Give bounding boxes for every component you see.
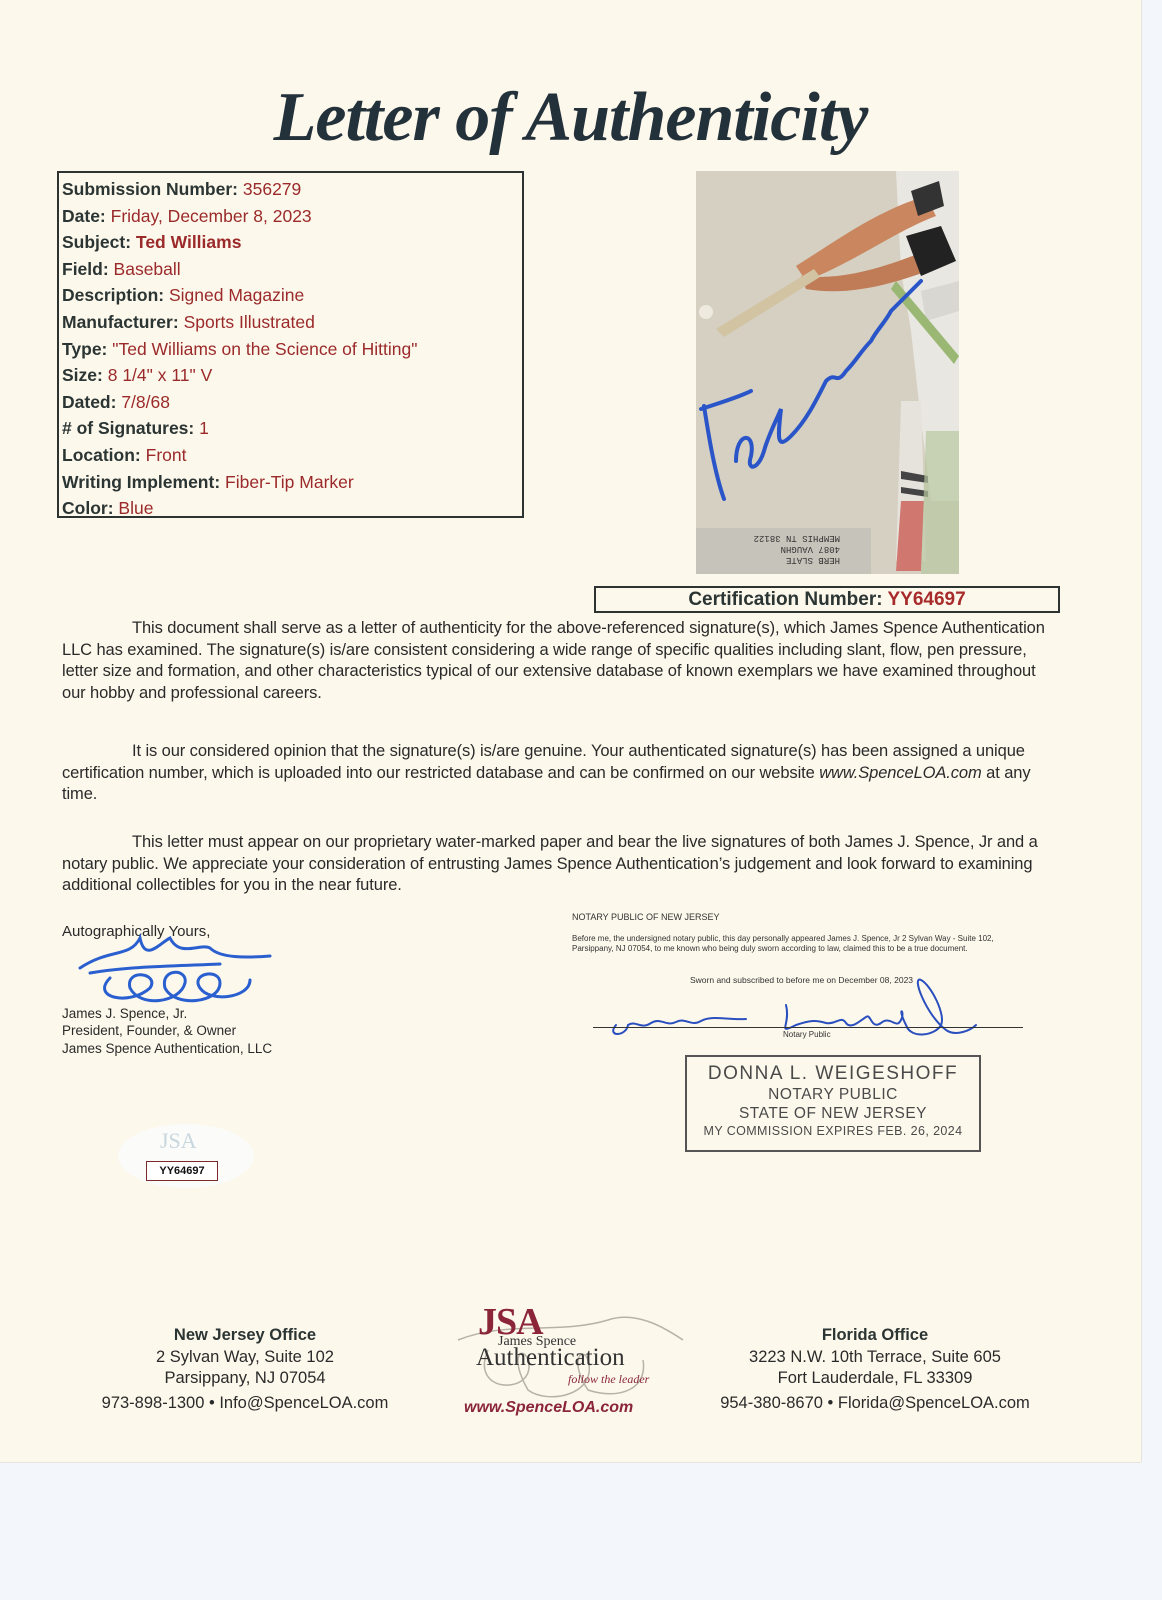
notary-name: DONNA L. WEIGESHOFF xyxy=(687,1063,979,1085)
document-title: Letter of Authenticity xyxy=(0,78,1141,158)
detail-label: Description: xyxy=(62,285,164,305)
detail-row: Size: 8 1/4" x 11" V xyxy=(62,362,522,389)
notary-public-label: Notary Public xyxy=(783,1030,831,1039)
certification-label: Certification Number: xyxy=(688,589,882,610)
detail-label: Writing Implement: xyxy=(62,472,220,492)
detail-label: Subject: xyxy=(62,232,131,252)
certification-number: YY64697 xyxy=(888,589,966,610)
stamp-line: NOTARY PUBLIC xyxy=(687,1085,979,1104)
detail-row: Subject: Ted Williams xyxy=(62,229,522,256)
signer-block: James J. Spence, Jr. President, Founder,… xyxy=(62,1005,272,1057)
detail-label: Field: xyxy=(62,259,109,279)
detail-value: Fiber-Tip Marker xyxy=(225,472,354,492)
detail-row: Writing Implement: Fiber-Tip Marker xyxy=(62,469,522,496)
signer-role: President, Founder, & Owner xyxy=(62,1022,272,1039)
office-heading: New Jersey Office xyxy=(60,1325,430,1347)
ted-williams-batting-image: HERB SLATE 4087 VAUGHN MEMPHIS TN 38122 xyxy=(696,171,959,574)
detail-value: Friday, December 8, 2023 xyxy=(111,206,312,226)
detail-value: Baseball xyxy=(114,259,181,279)
new-jersey-office: New Jersey Office 2 Sylvan Way, Suite 10… xyxy=(60,1325,430,1414)
office-contact: 954-380-8670 • Florida@SpenceLOA.com xyxy=(690,1393,1060,1415)
hologram-jsa-mark: JSA xyxy=(160,1128,197,1154)
body-paragraph-1: This document shall serve as a letter of… xyxy=(62,618,1052,704)
detail-label: Manufacturer: xyxy=(62,312,179,332)
notary-signature-line xyxy=(593,1027,1023,1028)
detail-row: Manufacturer: Sports Illustrated xyxy=(62,309,522,336)
notary-statement: Before me, the undersigned notary public… xyxy=(572,934,1027,954)
detail-row: # of Signatures: 1 xyxy=(62,415,522,442)
detail-row: Description: Signed Magazine xyxy=(62,282,522,309)
office-city: Parsippany, NJ 07054 xyxy=(60,1368,430,1390)
detail-value: Blue xyxy=(118,498,153,518)
signer-name: James J. Spence, Jr. xyxy=(62,1005,272,1022)
hologram-number: YY64697 xyxy=(146,1161,218,1181)
detail-value: Sports Illustrated xyxy=(184,312,315,332)
detail-value: Ted Williams xyxy=(136,232,242,252)
mailing-label-line: 4087 VAUGHN xyxy=(781,544,840,554)
signed-magazine-photo: HERB SLATE 4087 VAUGHN MEMPHIS TN 38122 xyxy=(696,171,959,574)
office-address: 2 Sylvan Way, Suite 102 xyxy=(60,1347,430,1369)
office-contact: 973-898-1300 • Info@SpenceLOA.com xyxy=(60,1393,430,1415)
detail-row: Submission Number: 356279 xyxy=(62,176,522,203)
detail-label: # of Signatures: xyxy=(62,418,194,438)
detail-row: Date: Friday, December 8, 2023 xyxy=(62,203,522,230)
mailing-label-line: MEMPHIS TN 38122 xyxy=(754,533,840,543)
florida-office: Florida Office 3223 N.W. 10th Terrace, S… xyxy=(690,1325,1060,1414)
body-paragraph-2: It is our considered opinion that the si… xyxy=(62,741,1052,806)
notary-heading: NOTARY PUBLIC OF NEW JERSEY xyxy=(572,912,720,922)
certification-number-box: Certification Number: YY64697 xyxy=(594,586,1060,613)
detail-value: 8 1/4" x 11" V xyxy=(108,365,213,385)
spence-signature xyxy=(70,928,280,1008)
detail-label: Location: xyxy=(62,445,141,465)
office-address: 3223 N.W. 10th Terrace, Suite 605 xyxy=(690,1347,1060,1369)
paragraph-text: This document shall serve as a letter of… xyxy=(62,619,1045,702)
detail-label: Size: xyxy=(62,365,103,385)
stamp-commission: MY COMMISSION EXPIRES FEB. 26, 2024 xyxy=(687,1123,979,1139)
detail-row: Field: Baseball xyxy=(62,256,522,283)
stamp-line: STATE OF NEW JERSEY xyxy=(687,1104,979,1123)
letter-paper: Letter of Authenticity Submission Number… xyxy=(0,0,1141,1462)
detail-value: "Ted Williams on the Science of Hitting" xyxy=(112,339,417,359)
office-heading: Florida Office xyxy=(690,1325,1060,1347)
detail-value: 356279 xyxy=(243,179,301,199)
detail-label: Date: xyxy=(62,206,106,226)
detail-row: Location: Front xyxy=(62,442,522,469)
signer-company: James Spence Authentication, LLC xyxy=(62,1040,272,1057)
mailing-label-line: HERB SLATE xyxy=(786,555,840,565)
detail-label: Submission Number: xyxy=(62,179,238,199)
detail-value: Signed Magazine xyxy=(169,285,304,305)
detail-row: Type: "Ted Williams on the Science of Hi… xyxy=(62,336,522,363)
logo-tagline: follow the leader xyxy=(568,1372,649,1387)
notary-stamp: DONNA L. WEIGESHOFF NOTARY PUBLIC STATE … xyxy=(685,1055,981,1152)
jsa-logo: JSA James Spence Authentication follow t… xyxy=(448,1300,688,1420)
detail-label: Dated: xyxy=(62,392,116,412)
submission-details-box: Submission Number: 356279Date: Friday, D… xyxy=(57,171,524,518)
website-url-link[interactable]: www.SpenceLOA.com xyxy=(464,1399,633,1417)
detail-label: Type: xyxy=(62,339,107,359)
detail-row: Color: Blue xyxy=(62,495,522,522)
detail-value: Front xyxy=(146,445,187,465)
office-city: Fort Lauderdale, FL 33309 xyxy=(690,1368,1060,1390)
body-paragraph-3: This letter must appear on our proprieta… xyxy=(62,832,1052,897)
detail-value: 7/8/68 xyxy=(121,392,170,412)
detail-label: Color: xyxy=(62,498,114,518)
website-link[interactable]: www.SpenceLOA.com xyxy=(819,764,981,782)
paragraph-text: This letter must appear on our proprieta… xyxy=(62,833,1038,894)
detail-value: 1 xyxy=(199,418,209,438)
detail-row: Dated: 7/8/68 xyxy=(62,389,522,416)
logo-name: Authentication xyxy=(476,1344,625,1372)
